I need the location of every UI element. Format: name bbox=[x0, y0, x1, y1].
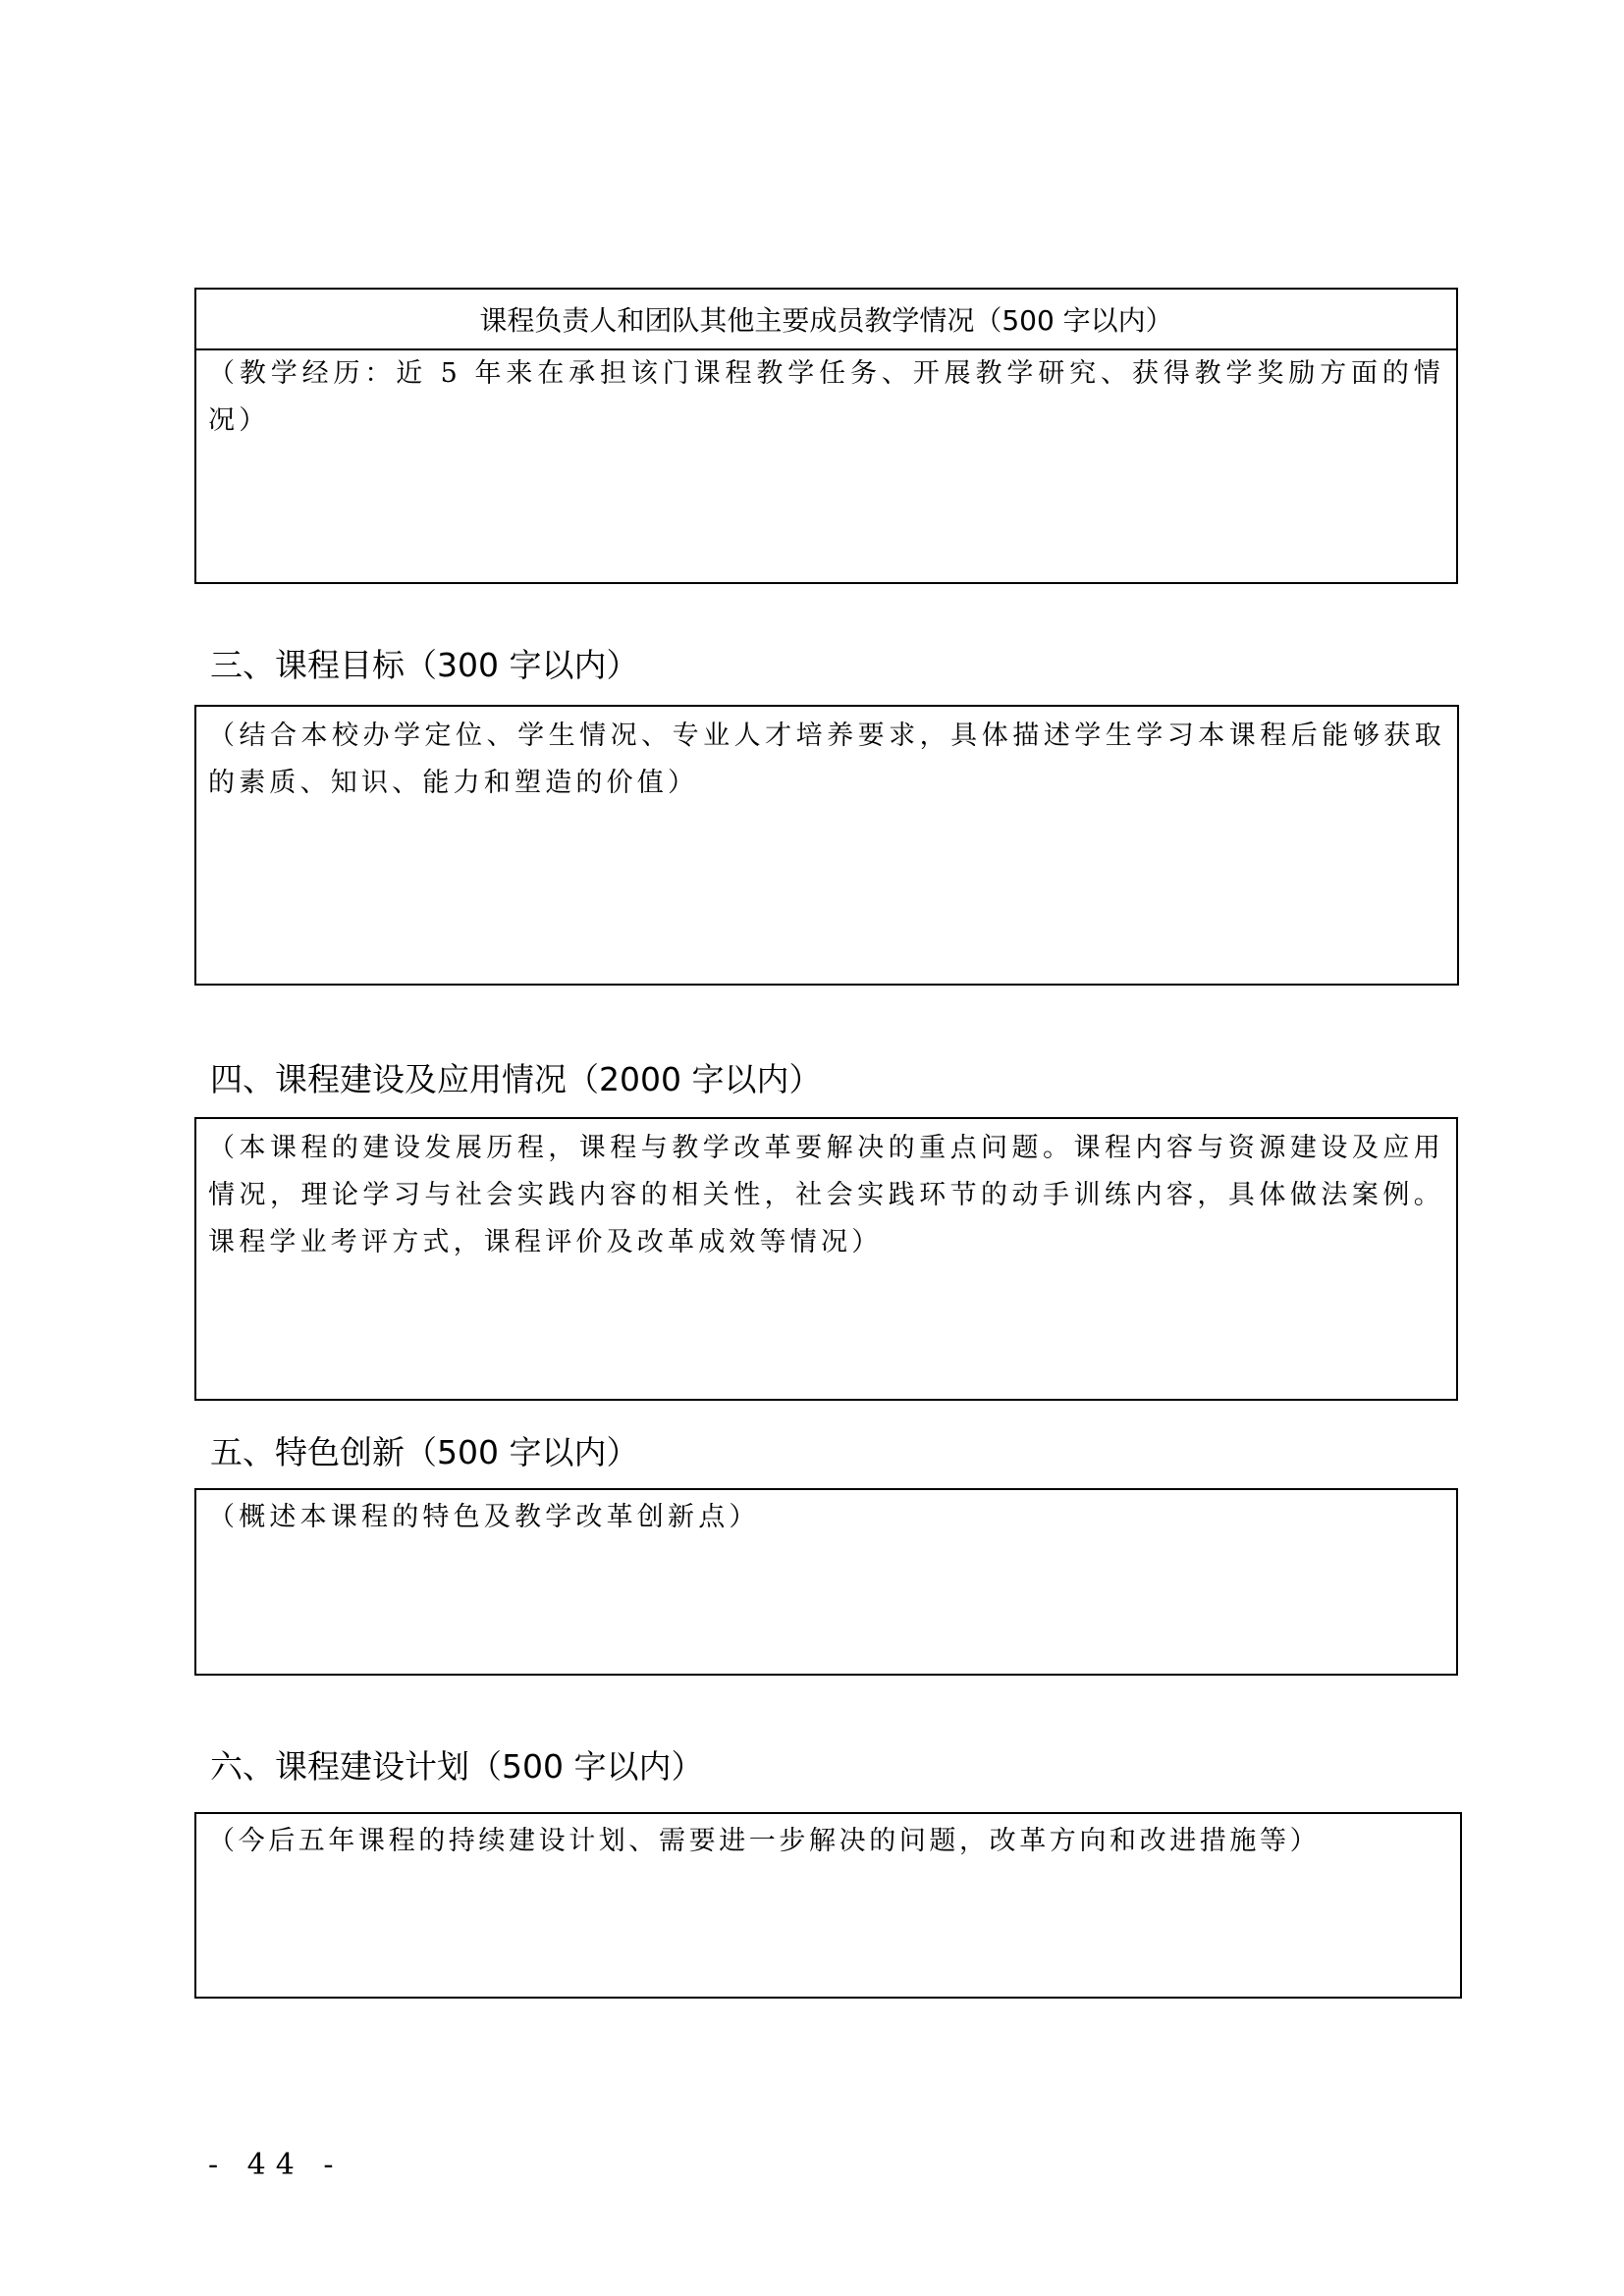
construction-plan-hint: （今后五年课程的持续建设计划、需要进一步解决的问题，改革方向和改进措施等） bbox=[208, 1818, 1448, 1865]
team-teaching-hint: （教学经历：近 5 年来在承担该门课程教学任务、开展教学研究、获得教学奖励方面的… bbox=[208, 350, 1444, 445]
page-number: - 44 - bbox=[208, 2148, 344, 2182]
innovation-heading: 五、特色创新（500 字以内） bbox=[210, 1427, 638, 1473]
team-teaching-title: 课程负责人和团队其他主要成员教学情况（500 字以内） bbox=[196, 290, 1456, 350]
team-teaching-box: 课程负责人和团队其他主要成员教学情况（500 字以内） （教学经历：近 5 年来… bbox=[194, 288, 1458, 584]
course-objectives-hint: （结合本校办学定位、学生情况、专业人才培养要求，具体描述学生学习本课程后能够获取… bbox=[208, 713, 1445, 807]
innovation-box: （概述本课程的特色及教学改革创新点） bbox=[194, 1488, 1458, 1676]
course-objectives-heading: 三、课程目标（300 字以内） bbox=[210, 640, 638, 686]
course-construction-hint: （本课程的建设发展历程，课程与教学改革要解决的重点问题。课程内容与资源建设及应用… bbox=[208, 1125, 1444, 1266]
innovation-hint: （概述本课程的特色及教学改革创新点） bbox=[208, 1494, 1444, 1541]
course-construction-heading: 四、课程建设及应用情况（2000 字以内） bbox=[210, 1054, 821, 1100]
construction-plan-box: （今后五年课程的持续建设计划、需要进一步解决的问题，改革方向和改进措施等） bbox=[194, 1812, 1462, 1999]
course-objectives-box: （结合本校办学定位、学生情况、专业人才培养要求，具体描述学生学习本课程后能够获取… bbox=[194, 705, 1459, 986]
construction-plan-heading: 六、课程建设计划（500 字以内） bbox=[210, 1741, 703, 1788]
course-construction-box: （本课程的建设发展历程，课程与教学改革要解决的重点问题。课程内容与资源建设及应用… bbox=[194, 1117, 1458, 1401]
